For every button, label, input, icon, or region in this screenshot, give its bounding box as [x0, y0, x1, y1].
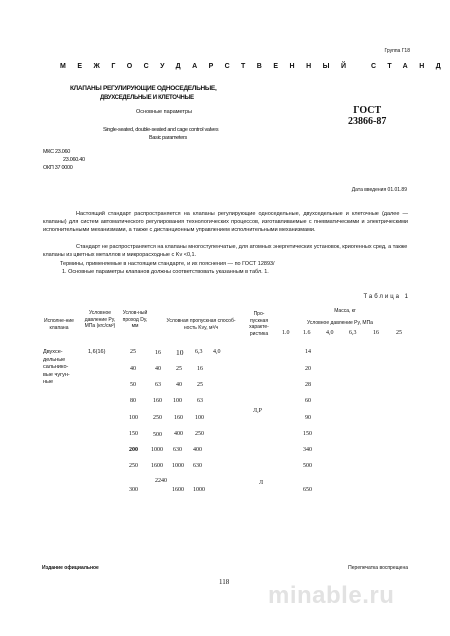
header-capacity: Условная пропускная способ-ность Kvy, м³…	[165, 318, 237, 331]
kv-cell: 100	[173, 398, 182, 404]
kv-cell: 6,3	[195, 349, 203, 355]
kv-cell: 63	[155, 382, 161, 388]
characteristic-cell: Л,Р	[253, 408, 262, 414]
header-mass: Масса, кг	[320, 308, 370, 315]
kv-cell: 1000	[172, 463, 184, 469]
kv-cell: 40	[176, 382, 182, 388]
kv-cell: 16	[197, 366, 203, 372]
kv-cell: 250	[153, 415, 162, 421]
table-caption: Таблица 1	[363, 294, 410, 300]
characteristic-cell: Л	[259, 480, 263, 486]
pressure-cell: 1,6(16)	[88, 349, 105, 355]
mass-cell: 500	[303, 463, 312, 469]
kv-cell: 16	[155, 350, 161, 356]
kv-cell: 4,0	[213, 349, 221, 355]
kv-cell: 25	[197, 382, 203, 388]
mass-cell: 20	[305, 366, 311, 372]
header-diameter: Услов-ный проход Dy, мм	[122, 310, 148, 330]
kv-cell: 10	[176, 348, 184, 357]
kv-cell: 1000	[193, 487, 205, 493]
mass-cell: 150	[303, 431, 312, 437]
gost-number: 23866-87	[348, 116, 386, 127]
kv-cell: 160	[153, 398, 162, 404]
mass-pressure-col: 25	[396, 330, 402, 336]
kv-cell: 1600	[172, 487, 184, 493]
mass-cell: 650	[303, 487, 312, 493]
mks-code-2: 23.060.40	[63, 157, 85, 163]
header-version: Исполне-ние клапана	[40, 318, 78, 331]
paragraph-exclusions: Стандарт не распространяется на клапаны …	[43, 243, 408, 259]
english-title-2: Basic parameters	[149, 135, 187, 141]
kv-cell: 630	[173, 447, 182, 453]
date-of-introduction: Дата введения 01.01.89	[352, 187, 407, 193]
kv-cell: 100	[195, 415, 204, 421]
mass-cell: 28	[305, 382, 311, 388]
mass-pressure-col: 16	[373, 330, 379, 336]
kv-cell: 63	[197, 398, 203, 404]
kv-cell: 500	[153, 432, 162, 438]
mass-cell: 340	[303, 447, 312, 453]
version-cell: Двухсе-дельные сальнико-вые чугун-ные	[43, 349, 75, 387]
english-title-1: Single-seated, double-seated and cage co…	[103, 127, 218, 133]
page-number: 118	[219, 578, 229, 586]
kv-cell: 1600	[151, 463, 163, 469]
header-mass-pressure: Условное давление Py, МПа	[290, 320, 390, 327]
title-line-2: ДВУХСЕДЕЛЬНЫЕ И КЛЕТОЧНЫЕ	[100, 95, 194, 101]
kv-cell: 40	[155, 366, 161, 372]
gost-designation: ГОСТ 23866-87	[348, 105, 386, 127]
dy-cell: 100	[129, 415, 138, 421]
group-label: Группа Г18	[384, 48, 410, 54]
dy-cell: 200	[129, 447, 138, 453]
paragraph-clause-1: 1. Основные параметры клапанов должны со…	[62, 268, 427, 276]
paragraph-terms: Термины, применяемые в настоящем стандар…	[60, 260, 425, 268]
interstate-standard-heading: МЕЖГОСУДАРСТВЕННЫЙ СТАНДАРТ	[60, 63, 450, 70]
dy-cell: 80	[130, 398, 136, 404]
mass-cell: 60	[305, 398, 311, 404]
gost-label: ГОСТ	[348, 105, 386, 116]
dy-cell: 150	[129, 431, 138, 437]
kv-cell: 2240	[155, 478, 167, 484]
kv-cell: 630	[193, 463, 202, 469]
dy-cell: 25	[130, 349, 136, 355]
mass-pressure-col: 1.0	[282, 330, 290, 336]
watermark: minable.ru	[268, 582, 394, 610]
kv-cell: 160	[174, 415, 183, 421]
paragraph-scope: Настоящий стандарт распространяется на к…	[43, 210, 408, 235]
official-edition-label: Издание официальное	[42, 565, 99, 571]
title-line-1: КЛАПАНЫ РЕГУЛИРУЮЩИЕ ОДНОСЕДЕЛЬНЫЕ,	[70, 85, 216, 92]
dy-cell: 250	[129, 463, 138, 469]
header-characteristic: Про-пускная характе-ристика	[245, 311, 273, 337]
mass-pressure-col: 1.6	[303, 330, 311, 336]
kv-cell: 400	[174, 431, 183, 437]
dy-cell: 50	[130, 382, 136, 388]
header-pressure: Условное давление Py, МПа (кгс/см²)	[82, 310, 118, 330]
mass-pressure-col: 6,3	[349, 330, 357, 336]
subtitle: Основные параметры	[136, 109, 192, 115]
kv-cell: 1000	[151, 447, 163, 453]
dy-cell: 300	[129, 487, 138, 493]
okp-code: ОКП 37 0000	[43, 165, 73, 171]
mass-cell: 90	[305, 415, 311, 421]
reprint-prohibited-label: Перепечатка воспрещена	[348, 565, 408, 571]
mass-cell: 14	[305, 349, 311, 355]
mks-code-1: МКС 23.060	[43, 149, 70, 155]
dy-cell: 40	[130, 366, 136, 372]
kv-cell: 400	[193, 447, 202, 453]
mass-pressure-col: 4,0	[326, 330, 334, 336]
kv-cell: 25	[176, 366, 182, 372]
kv-cell: 250	[195, 431, 204, 437]
